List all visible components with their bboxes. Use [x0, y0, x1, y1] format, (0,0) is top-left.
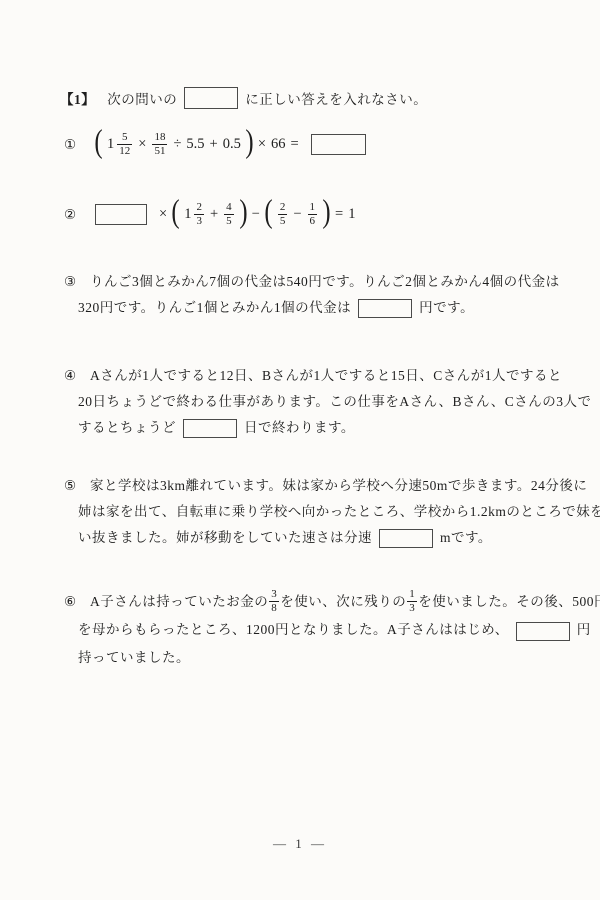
denominator: 12: [117, 144, 132, 158]
problem-5-text3-before: い抜きました。姉が移動をしていた速さは分速: [78, 530, 372, 545]
mixed-number: 1 5 12: [107, 131, 133, 158]
page-number: — 1 —: [0, 836, 600, 852]
problem-1: ① ( 1 5 12 × 18 51 ÷ 5.5 + 0.5 ) × 66 =: [64, 126, 373, 163]
left-paren: (: [172, 196, 180, 233]
numerator: 1: [407, 588, 417, 601]
denominator: 51: [152, 144, 167, 158]
problem-6: ⑥ A子さんは持っていたお金の 3 8 を使い、次に残りの 1 3 を使いました…: [64, 588, 564, 675]
problem-6-text2-after: 円: [577, 622, 591, 637]
operator: ×: [258, 136, 266, 153]
denominator: 5: [224, 214, 234, 228]
operator: ÷: [173, 136, 181, 153]
right-paren: ): [322, 196, 330, 233]
value: 0.5: [223, 136, 241, 153]
q5-answer-box: [379, 529, 433, 548]
problem-5-line3: い抜きました。姉が移動をしていた速さは分速mです。: [78, 529, 564, 548]
problem-5-line1: ⑤ 家と学校は3km離れています。妹は家から学校へ分速50mで歩きます。24分後…: [64, 477, 564, 495]
problem-4-line2: 20日ちょうどで終わる仕事があります。この仕事をAさん、Bさん、Cさんの3人で: [78, 393, 564, 411]
problem-3-line2: 320円です。りんご1個とみかん1個の代金は円です。: [78, 299, 564, 318]
problem-4-text1: Aさんが1人ですると12日、Bさんが1人ですると15日、Cさんが1人ですると: [90, 367, 562, 385]
left-paren: (: [264, 196, 272, 233]
whole-number: 1: [184, 206, 191, 223]
operator: ×: [159, 206, 167, 223]
fraction: 1 6: [308, 201, 318, 228]
problem-3-line1: ③ りんご3個とみかん7個の代金は540円です。りんご2個とみかん4個の代金は: [64, 273, 564, 291]
right-paren: ): [239, 196, 247, 233]
problem-4-text3-before: するとちょうど: [78, 420, 176, 435]
problem-6-text1c: を使いました。その後、500円: [418, 593, 600, 611]
problem-3-text2-before: 320円です。りんご1個とみかん1個の代金は: [78, 300, 351, 315]
problem-5-text1: 家と学校は3km離れています。妹は家から学校へ分速50mで歩きます。24分後に: [90, 477, 587, 495]
left-paren: (: [94, 126, 102, 163]
q4-answer-box: [183, 419, 237, 438]
problem-3: ③ りんご3個とみかん7個の代金は540円です。りんご2個とみかん4個の代金は …: [64, 273, 564, 326]
fraction: 1 3: [407, 588, 417, 615]
denominator: 8: [269, 601, 279, 615]
numerator: 2: [194, 201, 204, 214]
problem-2: ② × ( 1 2 3 + 4 5 ) − ( 2 5 − 1 6 ) = 1: [64, 196, 355, 233]
problem-4-line3: するとちょうど日で終わります。: [78, 419, 564, 438]
q6-answer-box: [516, 622, 570, 641]
problem-4-number: ④: [64, 367, 90, 385]
problem-6-line1: ⑥ A子さんは持っていたお金の 3 8 を使い、次に残りの 1 3 を使いました…: [64, 588, 564, 615]
header-text-before: 次の問いの: [107, 88, 177, 108]
fraction: 4 5: [224, 201, 234, 228]
fraction: 18 51: [152, 131, 167, 158]
operator: −: [293, 206, 301, 223]
problem-6-text3: 持っていました。: [78, 650, 190, 665]
problem-5-line2: 姉は家を出て、自転車に乗り学校へ向かったところ、学校から1.2kmのところで妹を…: [78, 503, 564, 521]
numerator: 5: [120, 131, 130, 144]
mixed-number: 1 2 3: [184, 201, 205, 228]
numerator: 1: [308, 201, 318, 214]
problem-3-text2-after: 円です。: [419, 300, 474, 315]
exam-page: 【1】 次の問いの に正しい答えを入れなさい。 ① ( 1 5 12 × 18 …: [0, 0, 600, 900]
denominator: 3: [194, 214, 204, 228]
problem-6-line2: を母からもらったところ、1200円となりました。A子さんははじめ、円: [78, 621, 564, 640]
q2-answer-box: [95, 204, 147, 225]
operator: −: [252, 206, 260, 223]
numerator: 4: [224, 201, 234, 214]
section-number: 【1】: [60, 88, 95, 108]
problem-6-line3: 持っていました。: [78, 649, 564, 667]
problem-6-text1a: A子さんは持っていたお金の: [90, 593, 268, 611]
problem-3-number: ③: [64, 273, 90, 291]
section-header: 【1】 次の問いの に正しい答えを入れなさい。: [60, 87, 427, 109]
numerator: 2: [278, 201, 288, 214]
denominator: 5: [278, 214, 288, 228]
value: 5.5: [186, 136, 204, 153]
header-answer-box: [184, 87, 238, 109]
problem-5-text2: 姉は家を出て、自転車に乗り学校へ向かったところ、学校から1.2kmのところで妹を…: [78, 504, 600, 519]
value: 1: [348, 206, 355, 223]
numerator: 3: [269, 588, 279, 601]
operator: +: [210, 136, 218, 153]
whole-number: 1: [107, 136, 114, 153]
numerator: 18: [152, 131, 167, 144]
problem-2-number: ②: [64, 207, 90, 223]
equals-sign: =: [291, 136, 299, 153]
value: 66: [271, 136, 286, 153]
header-text-after: に正しい答えを入れなさい。: [245, 88, 427, 108]
fraction: 2 3: [194, 201, 204, 228]
problem-3-text1: りんご3個とみかん7個の代金は540円です。りんご2個とみかん4個の代金は: [90, 273, 560, 291]
fraction: 5 12: [117, 131, 132, 158]
problem-6-text2-before: を母からもらったところ、1200円となりました。A子さんははじめ、: [78, 622, 509, 637]
problem-5-text3-after: mです。: [440, 530, 492, 545]
equals-sign: =: [335, 206, 343, 223]
operator: ×: [138, 136, 146, 153]
operator: +: [210, 206, 218, 223]
problem-4-text3-after: 日で終わります。: [244, 420, 355, 435]
problem-5-number: ⑤: [64, 477, 90, 495]
q3-answer-box: [358, 299, 412, 318]
problem-6-text1b: を使い、次に残りの: [280, 593, 406, 611]
right-paren: ): [245, 126, 253, 163]
problem-4: ④ Aさんが1人ですると12日、Bさんが1人ですると15日、Cさんが1人ですると…: [64, 367, 564, 446]
problem-6-number: ⑥: [64, 593, 90, 611]
problem-5: ⑤ 家と学校は3km離れています。妹は家から学校へ分速50mで歩きます。24分後…: [64, 477, 564, 556]
problem-4-text2: 20日ちょうどで終わる仕事があります。この仕事をAさん、Bさん、Cさんの3人で: [78, 394, 592, 409]
fraction: 3 8: [269, 588, 279, 615]
q1-answer-box: [311, 134, 366, 155]
denominator: 6: [308, 214, 318, 228]
denominator: 3: [407, 601, 417, 615]
problem-1-number: ①: [64, 137, 90, 153]
problem-4-line1: ④ Aさんが1人ですると12日、Bさんが1人ですると15日、Cさんが1人ですると: [64, 367, 564, 385]
fraction: 2 5: [278, 201, 288, 228]
